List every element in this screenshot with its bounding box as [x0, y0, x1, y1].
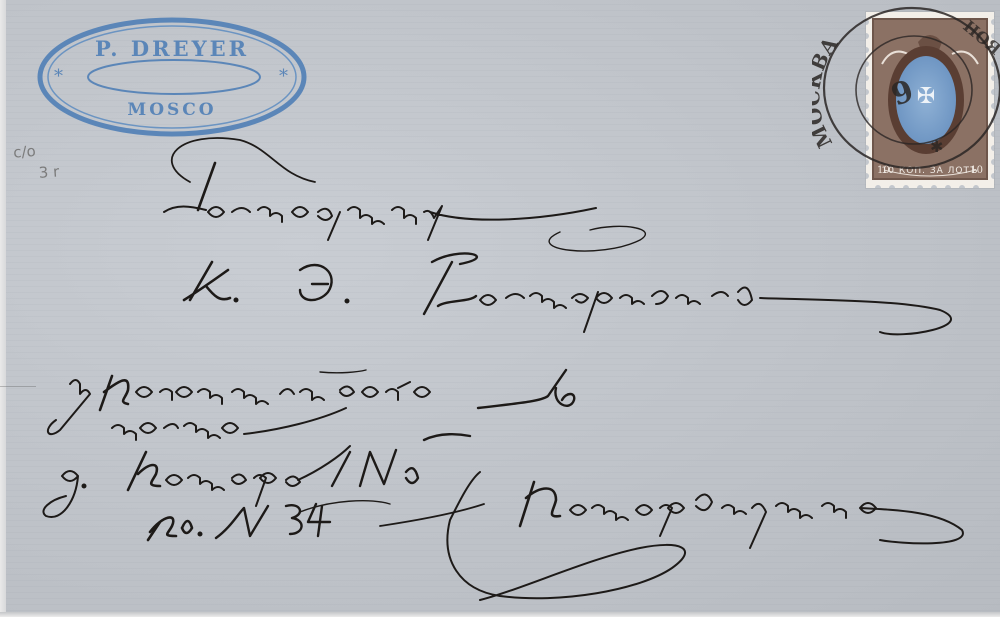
address-street-line1: у Конюшеннаго: [42, 372, 260, 402]
address-city: С. Петербургъ: [440, 482, 730, 523]
address-salutation: Господину: [164, 192, 332, 227]
address-street-line2: моста: [110, 410, 202, 440]
envelope: P. DREYER * * MOSCO c/o 3 r: [0, 0, 1000, 617]
address-apartment-line: Кв. № 34: [146, 506, 273, 539]
address-house-line: д. Катере(на) № 6: [40, 458, 311, 491]
address-recipient: К. Э. Госпридисъ: [180, 268, 470, 306]
address-preposition: въ: [478, 374, 510, 404]
